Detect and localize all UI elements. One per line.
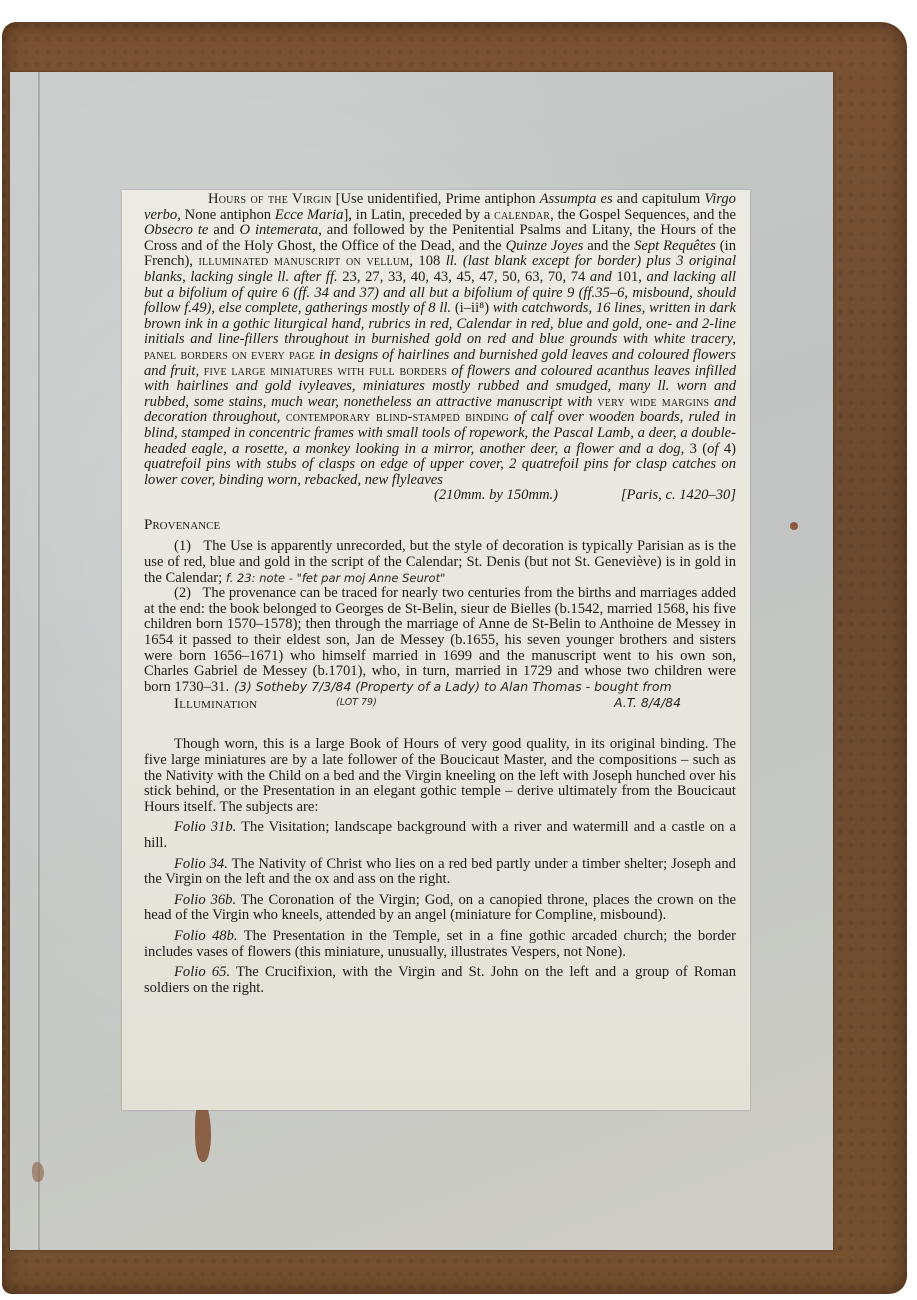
dimensions-line: (210mm. by 150mm.) [Paris, c. 1420–30] — [144, 488, 736, 504]
handwritten-lot: (LOT 79) — [336, 695, 377, 711]
handwritten-provenance-3: (3) Sotheby 7/3/84 (Property of a Lady) … — [144, 695, 736, 725]
illumination-intro: Though worn, this is a large Book of Hou… — [144, 737, 736, 815]
illumination-heading: Illumination — [174, 697, 257, 713]
wormhole — [790, 522, 798, 530]
item-title: Hours of the Virgin — [208, 191, 332, 207]
paste-stain-small — [32, 1162, 44, 1182]
paste-stain — [195, 1102, 211, 1162]
folio-item: Folio 36b. The Coronation of the Virgin;… — [144, 893, 736, 924]
provenance-heading: Provenance — [144, 518, 736, 534]
provenance-paragraph-1: (1) The Use is apparently unrecorded, bu… — [144, 539, 736, 586]
catalogue-description-label: Hours of the Virgin [Use unidentified, P… — [122, 190, 750, 1110]
folio-item: Folio 31b. The Visitation; landscape bac… — [144, 820, 736, 851]
folio-item: Folio 48b. The Presentation in the Templ… — [144, 929, 736, 960]
handwritten-note: f. 23: note - "fet par moj Anne Seurot" — [222, 571, 445, 585]
origin: [Paris, c. 1420–30] — [621, 488, 736, 504]
folio-item: Folio 65. The Crucifixion, with the Virg… — [144, 965, 736, 996]
description-paragraph: Hours of the Virgin [Use unidentified, P… — [144, 190, 736, 488]
paper-fold-line — [38, 72, 40, 1250]
dimensions: (210mm. by 150mm.) — [434, 488, 558, 504]
handwritten-sale-note: (3) Sotheby 7/3/84 (Property of a Lady) … — [234, 679, 672, 695]
handwritten-date: A.T. 8/4/84 — [614, 695, 681, 711]
folio-item: Folio 34. The Nativity of Christ who lie… — [144, 857, 736, 888]
